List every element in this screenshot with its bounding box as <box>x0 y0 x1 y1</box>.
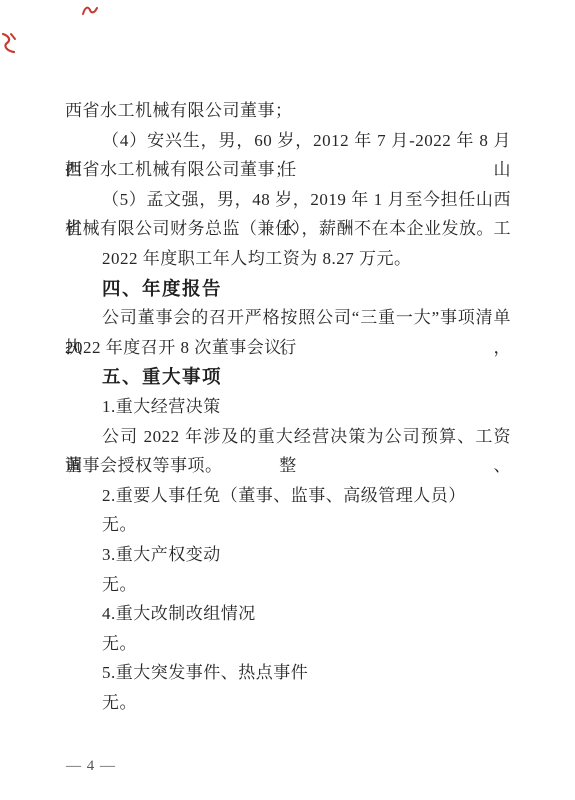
paragraph-line-director-5-cont: 机械有限公司财务总监（兼任），薪酬不在本企业发放。 <box>65 214 511 244</box>
section-heading-annual-report: 四、年度报告 <box>65 274 511 304</box>
document-page: 西省水工机械有限公司董事；（4）安兴生，男，60 岁，2012 年 7 月-20… <box>0 0 575 800</box>
item-5-emergencies: 5.重大突发事件、热点事件 <box>65 658 511 688</box>
item-2-personnel: 2.重要人事任免（董事、监事、高级管理人员） <box>65 481 511 511</box>
item-1-major-decisions: 1.重大经营决策 <box>65 392 511 422</box>
item-3-answer-none: 无。 <box>65 570 511 600</box>
paragraph-line-average-wage: 2022 年度职工年人均工资为 8.27 万元。 <box>65 244 511 274</box>
item-5-answer-none: 无。 <box>65 688 511 718</box>
paragraph-line-decisions: 公司 2022 年涉及的重大经营决策为公司预算、工资调整、 <box>65 422 511 452</box>
red-ink-mark-top-icon <box>82 4 98 22</box>
item-3-property-change: 3.重大产权变动 <box>65 540 511 570</box>
item-2-answer-none: 无。 <box>65 510 511 540</box>
page-number-footer: — 4 — <box>66 757 116 775</box>
paragraph-line-director-5: （5）孟文强，男，48 岁，2019 年 1 月至今担任山西省水工 <box>65 185 511 215</box>
section-heading-major-events: 五、重大事项 <box>65 362 511 392</box>
red-ink-mark-left-icon <box>1 32 17 59</box>
document-body: 西省水工机械有限公司董事；（4）安兴生，男，60 岁，2012 年 7 月-20… <box>65 96 511 717</box>
paragraph-line-board-meetings: 公司董事会的召开严格按照公司“三重一大”事项清单执行， <box>65 303 511 333</box>
item-4-answer-none: 无。 <box>65 629 511 659</box>
paragraph-line-director-3-cont: 西省水工机械有限公司董事； <box>65 96 511 126</box>
item-4-restructuring: 4.重大改制改组情况 <box>65 599 511 629</box>
paragraph-line-director-4: （4）安兴生，男，60 岁，2012 年 7 月-2022 年 8 月担任山 <box>65 126 511 156</box>
